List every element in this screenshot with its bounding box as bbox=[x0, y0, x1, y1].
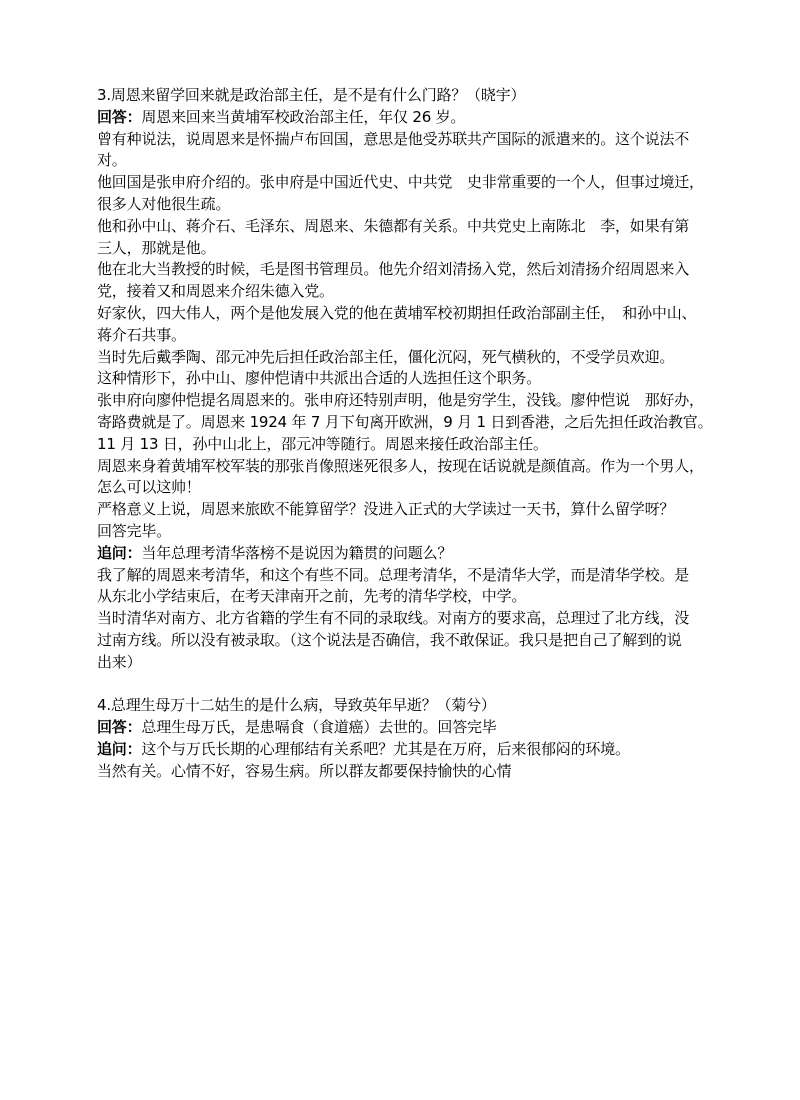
line-bold-prefix: 回答： bbox=[97, 108, 141, 126]
text-line: 好家伙，四大伟人，两个是他发展入党的他在黄埔军校初期担任政治部副主任， 和孙中山… bbox=[97, 303, 737, 325]
text-line: 三人，那就是他。 bbox=[97, 238, 737, 260]
text-line: 蒋介石共事。 bbox=[97, 325, 737, 347]
text-line: 曾有种说法，说周恩来是怀揣卢布回国，意思是他受苏联共产国际的派遣来的。这个说法不 bbox=[97, 129, 737, 151]
text-line: 当然有关。心情不好，容易生病。所以群友都要保持愉快的心情 bbox=[97, 761, 737, 783]
text-line: 3.周恩来留学回来就是政治部主任，是不是有什么门路？（晓宇） bbox=[97, 85, 737, 107]
document-text-body: 3.周恩来留学回来就是政治部主任，是不是有什么门路？（晓宇）回答：周恩来回来当黄… bbox=[97, 85, 737, 783]
text-line bbox=[97, 674, 737, 696]
text-line: 11 月 13 日，孙中山北上，邵元冲等随行。周恩来接任政治部主任。 bbox=[97, 434, 737, 456]
text-line: 这种情形下，孙中山、廖仲恺请中共派出合适的人选担任这个职务。 bbox=[97, 368, 737, 390]
text-line: 怎么可以这帅！ bbox=[97, 477, 737, 499]
text-line: 当时先后戴季陶、邵元冲先后担任政治部主任，僵化沉闷，死气横秋的，不受学员欢迎。 bbox=[97, 347, 737, 369]
text-line: 追问：当年总理考清华落榜不是说因为籍贯的问题么？ bbox=[97, 543, 737, 565]
text-line: 从东北小学结束后，在考天津南开之前，先考的清华学校，中学。 bbox=[97, 586, 737, 608]
text-line: 严格意义上说，周恩来旅欧不能算留学？没进入正式的大学读过一天书，算什么留学呀？ bbox=[97, 499, 737, 521]
text-line: 4.总理生母万十二姑生的是什么病，导致英年早逝？（菊兮） bbox=[97, 695, 737, 717]
text-line: 我了解的周恩来考清华，和这个有些不同。总理考清华，不是清华大学，而是清华学校。是 bbox=[97, 565, 737, 587]
text-line: 对。 bbox=[97, 150, 737, 172]
line-bold-prefix: 追问： bbox=[97, 740, 141, 758]
text-line: 他在北大当教授的时候，毛是图书管理员。他先介绍刘清扬入党，然后刘清扬介绍周恩来入 bbox=[97, 259, 737, 281]
text-line: 他和孙中山、蒋介石、毛泽东、周恩来、朱德都有关系。中共党史上南陈北 李，如果有第 bbox=[97, 216, 737, 238]
text-line: 周恩来身着黄埔军校军装的那张肖像照迷死很多人，按现在话说就是颜值高。作为一个男人… bbox=[97, 456, 737, 478]
line-bold-prefix: 追问： bbox=[97, 544, 141, 562]
text-line: 当时清华对南方、北方省籍的学生有不同的录取线。对南方的要求高，总理过了北方线，没 bbox=[97, 608, 737, 630]
line-bold-prefix: 回答： bbox=[97, 718, 141, 736]
text-line: 回答：周恩来回来当黄埔军校政治部主任，年仅 26 岁。 bbox=[97, 107, 737, 129]
document-page: 3.周恩来留学回来就是政治部主任，是不是有什么门路？（晓宇）回答：周恩来回来当黄… bbox=[0, 0, 800, 1100]
text-line: 过南方线。所以没有被录取。（这个说法是否确信，我不敢保证。我只是把自己了解到的说 bbox=[97, 630, 737, 652]
text-line: 党，接着又和周恩来介绍朱德入党。 bbox=[97, 281, 737, 303]
text-line: 追问：这个与万氏长期的心理郁结有关系吧？尤其是在万府，后来很郁闷的环境。 bbox=[97, 739, 737, 761]
text-line: 回答完毕。 bbox=[97, 521, 737, 543]
text-line: 回答：总理生母万氏，是患嗝食（食道癌）去世的。回答完毕 bbox=[97, 717, 737, 739]
text-line: 很多人对他很生疏。 bbox=[97, 194, 737, 216]
text-line: 出来） bbox=[97, 652, 737, 674]
text-line: 张申府向廖仲恺提名周恩来的。张申府还特别声明，他是穷学生，没钱。廖仲恺说 那好办… bbox=[97, 390, 737, 412]
text-line: 寄路费就是了。周恩来 1924 年 7 月下旬离开欧洲，9 月 1 日到香港，之… bbox=[97, 412, 737, 434]
text-line: 他回国是张申府介绍的。张申府是中国近代史、中共党 史非常重要的一个人，但事过境迁… bbox=[97, 172, 737, 194]
